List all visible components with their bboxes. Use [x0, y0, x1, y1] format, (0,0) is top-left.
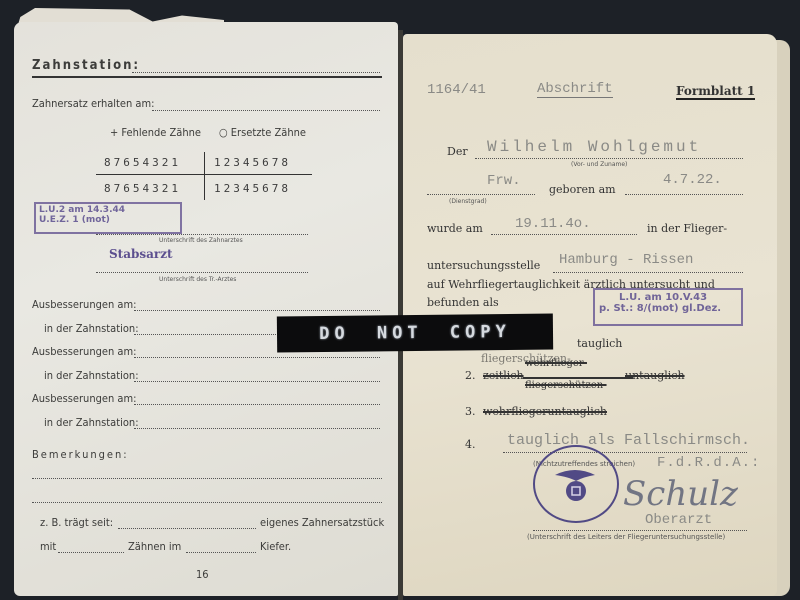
- item2-strike-line: [523, 377, 633, 379]
- name-line: [475, 158, 743, 159]
- repair-2-label: Ausbesserungen am:: [32, 345, 136, 358]
- item2-number: 2.: [465, 369, 476, 382]
- district-signature-caption: Unterschrift des Tr.-Arztes: [159, 276, 236, 283]
- remarks-label: Bemerkungen:: [32, 448, 129, 461]
- item3-number: 3.: [465, 405, 476, 418]
- do-not-copy-tape: DO NOT COPY: [277, 314, 553, 353]
- denture-received-label: Zahnersatz erhalten am:: [32, 97, 154, 110]
- legend-missing: + Fehlende Zähne: [110, 126, 201, 139]
- item2-temporary: zeitlich: [483, 369, 524, 382]
- jaw-field[interactable]: [186, 552, 256, 553]
- remarks-line-2[interactable]: [32, 502, 382, 503]
- der-label: Der: [447, 145, 468, 158]
- signer-title: Oberarzt: [645, 512, 712, 528]
- born-label: geboren am: [549, 183, 616, 196]
- teeth-lower-left: 87654321: [104, 182, 181, 195]
- page-number: 16: [196, 568, 209, 581]
- teeth-in-label: Zähnen im: [128, 540, 181, 553]
- examined-on-label: wurde am: [427, 222, 483, 235]
- teeth-divider-v: [204, 152, 205, 200]
- found-as: befunden als: [427, 296, 499, 309]
- exam-date: 19.11.4o.: [515, 216, 591, 232]
- in-der-flieger: in der Flieger-: [647, 222, 727, 235]
- repair-1-field[interactable]: [134, 310, 380, 311]
- wears-since-label: z. B. trägt seit:: [40, 516, 113, 529]
- rank-line: [427, 194, 535, 195]
- item4-number: 4.: [465, 438, 476, 451]
- signature-caption: (Unterschrift des Leiters der Fliegerunt…: [527, 533, 725, 541]
- name-caption: (Vor- und Zuname): [571, 161, 627, 168]
- repair-3-label: Ausbesserungen am:: [32, 392, 136, 405]
- form-label: Formblatt 1: [676, 84, 755, 100]
- exam-stamp-line2: p. St.: 8/(mot) gl.Dez.: [599, 303, 737, 314]
- file-number: 1164/41: [427, 82, 486, 98]
- copy-label: Abschrift: [537, 81, 613, 98]
- station-line: [553, 272, 743, 273]
- repair-2-field[interactable]: [134, 357, 380, 358]
- item2-wehrflieger: wehrflieger-: [525, 358, 587, 369]
- birth-date: 4.7.22.: [663, 172, 722, 188]
- district-signature-line: [96, 272, 308, 273]
- exam-stamp: L.U. am 10.V.43 p. St.: 8/(mot) gl.Dez.: [593, 288, 743, 326]
- heading-zahnstation: Zahnstation:: [32, 58, 140, 73]
- dotted-line: [132, 72, 380, 73]
- exam-stamp-line1: L.U. am 10.V.43: [599, 292, 737, 303]
- fdrda-label: F.d.R.d.A.:: [657, 455, 760, 471]
- item3-text: wehrfliegeruntauglich: [483, 405, 607, 418]
- heading-rule: [32, 76, 382, 78]
- station-label: untersuchungsstelle: [427, 259, 540, 272]
- item1-suffix: tauglich: [577, 337, 622, 350]
- teeth-upper-right: 12345678: [214, 156, 291, 169]
- exam-date-line: [491, 234, 637, 235]
- remarks-line-1[interactable]: [32, 478, 382, 479]
- teeth-count-field[interactable]: [58, 552, 124, 553]
- official-seal: [533, 445, 619, 523]
- jaw-label: Kiefer.: [260, 540, 291, 553]
- person-name: Wilhelm Wohlgemut: [487, 138, 701, 156]
- repair-2-station-label: in der Zahnstation:: [44, 369, 139, 382]
- denture-received-field[interactable]: [152, 110, 380, 111]
- stamp-line2: U.E.Z. 1 (mot): [39, 215, 177, 225]
- repair-3-station-field[interactable]: [134, 428, 380, 429]
- rank-caption: (Dienstgrad): [449, 198, 487, 205]
- own-denture-label: eigenes Zahnersatzstück: [260, 516, 384, 529]
- signature-line: [533, 530, 747, 531]
- teeth-lower-right: 12345678: [214, 182, 291, 195]
- repair-2-station-field[interactable]: [134, 381, 380, 382]
- handwritten-signature: Schulz: [623, 474, 738, 514]
- dentist-signature-line: [96, 234, 308, 235]
- station-name: Hamburg - Rissen: [559, 252, 693, 268]
- birth-date-line: [625, 194, 743, 195]
- dental-stamp: L.U.2 am 14.3.44 U.E.Z. 1 (mot): [34, 202, 182, 234]
- with-label: mit: [40, 540, 56, 553]
- item2-unsuitable: untauglich: [625, 369, 685, 382]
- legend-replaced: ○ Ersetzte Zähne: [219, 126, 306, 139]
- dentist-signature-caption: Unterschrift des Zahnarztes: [159, 237, 243, 244]
- repair-3-station-label: in der Zahnstation:: [44, 416, 139, 429]
- repair-3-field[interactable]: [134, 404, 380, 405]
- rank: Frw.: [487, 173, 521, 189]
- eagle-emblem-icon: [535, 447, 617, 521]
- stabsarzt-stamp: Stabsarzt: [109, 247, 173, 261]
- stamp-line1: L.U.2 am 14.3.44: [39, 205, 177, 215]
- repair-1-station-label: in der Zahnstation:: [44, 322, 139, 335]
- tape-text: DO NOT COPY: [319, 322, 511, 344]
- repair-1-label: Ausbesserungen am:: [32, 298, 136, 311]
- wears-since-field[interactable]: [118, 528, 256, 529]
- item2-fliegerschuetzen: fliegerschützen-: [525, 380, 607, 391]
- left-page: Zahnstation: Zahnersatz erhalten am: + F…: [14, 22, 398, 596]
- teeth-upper-left: 87654321: [104, 156, 181, 169]
